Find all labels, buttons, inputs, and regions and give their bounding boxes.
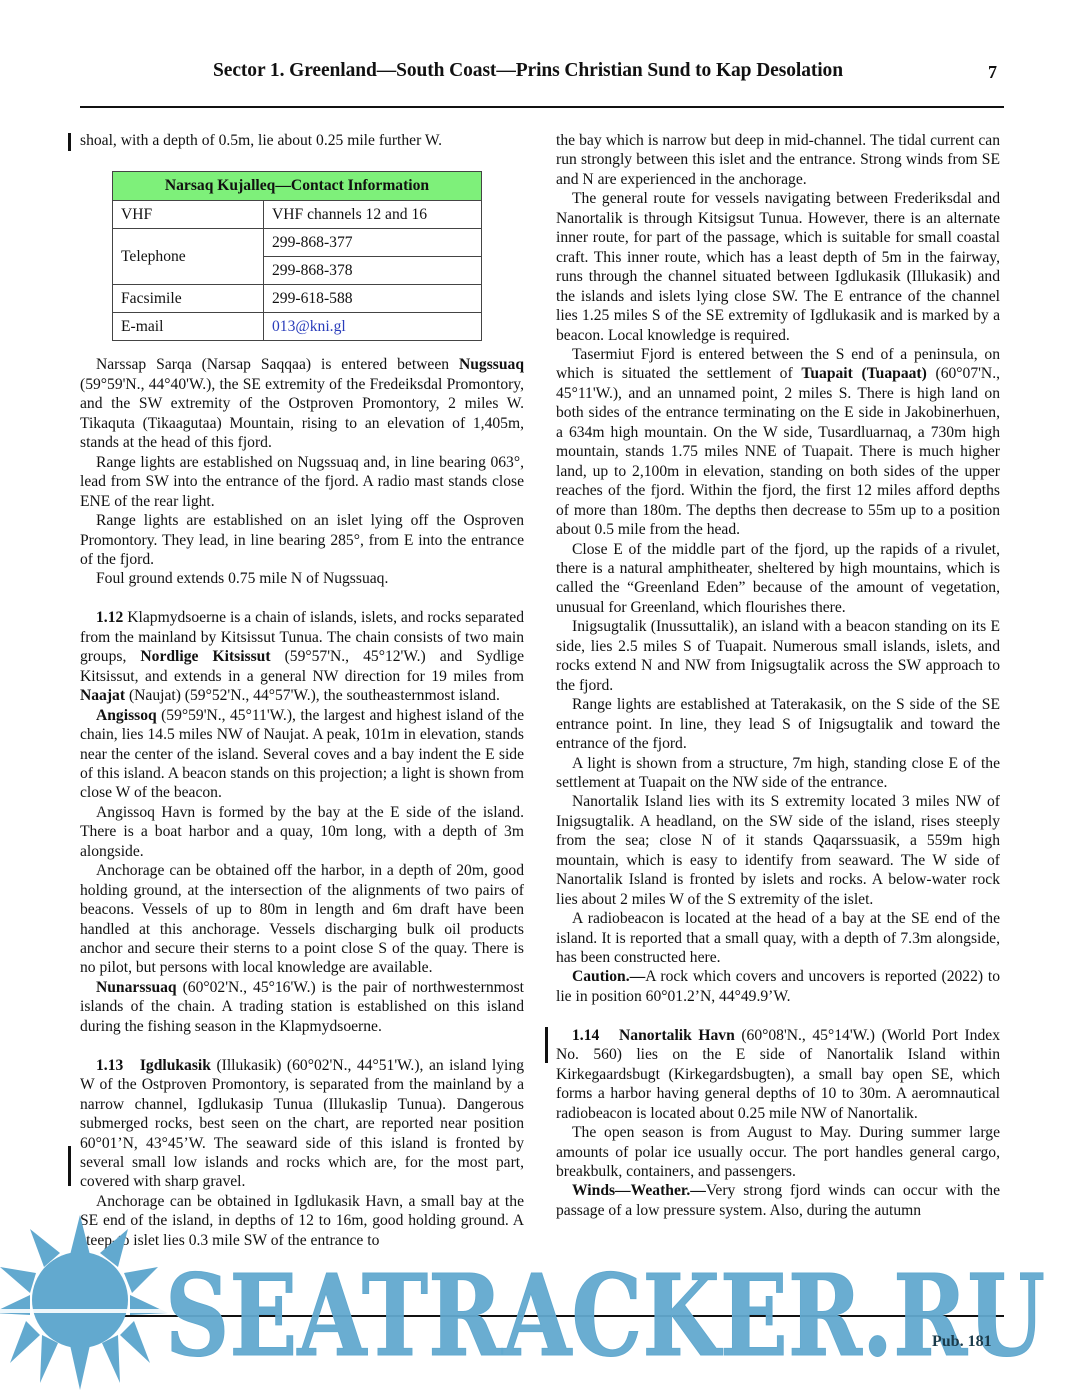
paragraph: Anchorage can be obtained off the harbor… [80,861,524,978]
paragraph: Foul ground extends 0.75 mile N of Nugss… [80,569,524,588]
table-row: E-mail 013@kni.gl [113,313,482,341]
row-value: 299-868-378 [264,257,482,285]
paragraph: Tasermiut Fjord is entered between the S… [556,345,1000,540]
row-value: VHF channels 12 and 16 [264,201,482,229]
row-value: 299-618-588 [264,285,482,313]
section-number: 1.13 [96,1057,123,1074]
table-row: VHF VHF channels 12 and 16 [113,201,482,229]
email-link[interactable]: 013@kni.gl [264,313,482,341]
section-number: 1.14 [572,1027,599,1044]
paragraph: Angissoq Havn is formed by the bay at th… [80,803,524,861]
change-bar [68,1146,71,1186]
paragraph: shoal, with a depth of 0.5m, lie about 0… [80,131,524,150]
paragraph: A light is shown from a structure, 7m hi… [556,754,1000,793]
watermark-text: SEATRACKER.RU [165,1251,1045,1382]
change-bar [68,133,71,151]
paragraph: Range lights are established on an islet… [80,511,524,569]
row-label: Facsimile [113,285,264,313]
change-bar [545,1027,548,1063]
table-row: Telephone 299-868-377 [113,229,482,257]
row-label: E-mail [113,313,264,341]
paragraph: Angissoq (59°59'N., 45°11'W.), the large… [80,706,524,803]
paragraph: The open season is from August to May. D… [556,1123,1000,1181]
paragraph: The general route for vessels navigating… [556,189,1000,345]
contact-info-table: Narsaq Kujalleq—Contact Information VHF … [112,171,482,341]
row-label: VHF [113,201,264,229]
caution-paragraph: Caution.—A rock which covers and uncover… [556,967,1000,1006]
paragraph: Nanortalik Island lies with its S extrem… [556,792,1000,909]
paragraph: Range lights are established on Nugssuaq… [80,453,524,511]
paragraph: Inigsugtalik (Inussuttalik), an island w… [556,617,1000,695]
paragraph: Range lights are established at Tateraka… [556,695,1000,753]
section-number: 1.12 [96,609,123,626]
footer-rule [80,1315,1004,1317]
page-header-title: Sector 1. Greenland—South Coast—Prins Ch… [0,60,1056,82]
publication-label: Pub. 181 [932,1333,992,1351]
paragraph: Winds—Weather.—Very strong fjord winds c… [556,1181,1000,1220]
section-1-13: 1.13 Igdlukasik (Illukasik) (60°02'N., 4… [80,1056,524,1192]
paragraph: Close E of the middle part of the fjord,… [556,540,1000,618]
header-rule [80,106,1004,108]
table-row: Facsimile 299-618-588 [113,285,482,313]
right-column: the bay which is narrow but deep in mid-… [556,131,1000,1220]
page-number: 7 [988,62,997,83]
row-label: Telephone [113,229,264,285]
section-1-14: 1.14 Nanortalik Havn (60°08'N., 45°14'W.… [556,1026,1000,1123]
section-1-12: 1.12 Klapmydsoerne is a chain of islands… [80,608,524,705]
row-value: 299-868-377 [264,229,482,257]
paragraph: Anchorage can be obtained in Igdlukasik … [80,1192,524,1250]
paragraph: A radiobeacon is located at the head of … [556,909,1000,967]
paragraph: Narssap Sarqa (Narsap Saqqaa) is entered… [80,355,524,452]
table-title: Narsaq Kujalleq—Contact Information [113,172,482,201]
paragraph: Nunarssuaq (60°02'N., 45°16'W.) is the p… [80,978,524,1036]
paragraph: the bay which is narrow but deep in mid-… [556,131,1000,189]
